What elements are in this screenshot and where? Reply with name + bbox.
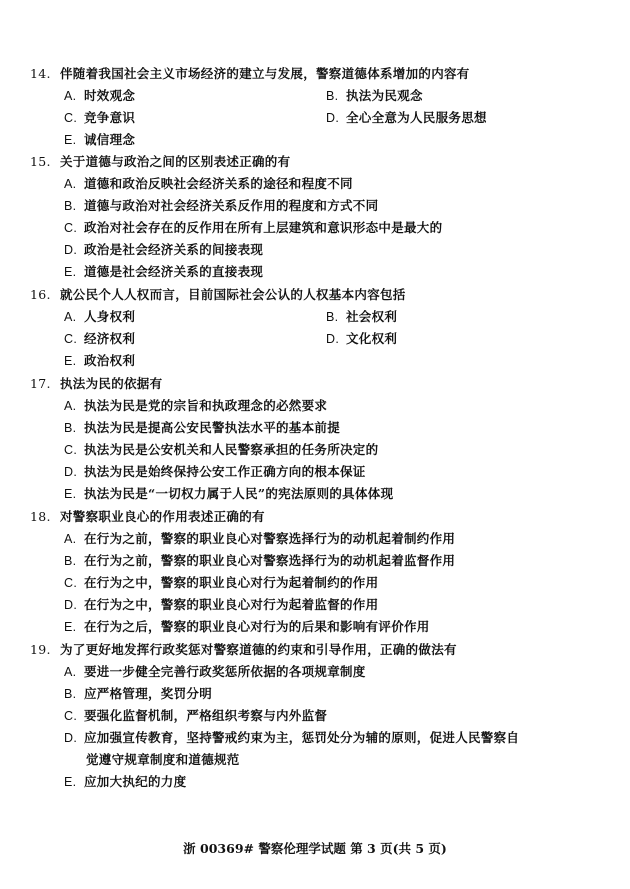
option-text: 政治权利 bbox=[84, 353, 135, 368]
option-label: D. bbox=[64, 239, 84, 261]
exam-page: 14.伴随着我国社会主义市场经济的建立与发展，警察道德体系增加的内容有 A.时效… bbox=[0, 0, 630, 889]
option-text: 要进一步健全完善行政奖惩所依据的各项规章制度 bbox=[84, 664, 366, 679]
page-footer: 浙 00369# 警察伦理学试题 第 3 页(共 5 页) bbox=[0, 838, 630, 860]
option-text: 执法为民是“一切权力属于人民”的宪法原则的具体体现 bbox=[84, 486, 393, 501]
option-text: 执法为民是公安机关和人民警察承担的任务所决定的 bbox=[84, 442, 378, 457]
option-text: 在行为之中，警察的职业良心对行为起着制约的作用 bbox=[84, 575, 378, 590]
option-text: 执法为民是提高公安民警执法水平的基本前提 bbox=[84, 420, 340, 435]
question-number: 17. bbox=[30, 373, 60, 395]
question-17-stem: 17.执法为民的依据有 bbox=[30, 373, 162, 395]
question-15-stem: 15.关于道德与政治之间的区别表述正确的有 bbox=[30, 151, 290, 173]
option-text: 应加强宣传教育，坚持警戒约束为主，惩罚处分为辅的原则，促进人民警察自 bbox=[84, 730, 519, 745]
option-text: 执法为民观念 bbox=[346, 88, 423, 103]
question-19-option-b: B.应严格管理，奖罚分明 bbox=[64, 683, 212, 705]
option-text: 社会权利 bbox=[346, 309, 397, 324]
question-15-option-e: E.道德是社会经济关系的直接表现 bbox=[64, 261, 263, 283]
option-label: E. bbox=[64, 261, 84, 283]
option-label: A. bbox=[64, 395, 84, 417]
option-label: B. bbox=[64, 195, 84, 217]
option-label: D. bbox=[326, 328, 346, 350]
option-text: 在行为之前，警察的职业良心对警察选择行为的动机起着制约作用 bbox=[84, 531, 455, 546]
option-text: 在行为之后，警察的职业良心对行为的后果和影响有评价作用 bbox=[84, 619, 430, 634]
option-label: D. bbox=[64, 727, 84, 749]
option-text: 道德是社会经济关系的直接表现 bbox=[84, 264, 263, 279]
option-text: 在行为之中，警察的职业良心对行为起着监督的作用 bbox=[84, 597, 378, 612]
option-text: 应加大执纪的力度 bbox=[84, 774, 186, 789]
option-label: C. bbox=[64, 572, 84, 594]
option-label: A. bbox=[64, 173, 84, 195]
question-text: 执法为民的依据有 bbox=[60, 376, 162, 391]
option-label: E. bbox=[64, 483, 84, 505]
option-label: C. bbox=[64, 217, 84, 239]
option-text: 竞争意识 bbox=[84, 110, 135, 125]
question-18-stem: 18.对警察职业良心的作用表述正确的有 bbox=[30, 506, 265, 528]
question-19-stem: 19.为了更好地发挥行政奖惩对警察道德的约束和引导作用，正确的做法有 bbox=[30, 639, 457, 661]
option-text: 文化权利 bbox=[346, 331, 397, 346]
option-text: 执法为民是始终保持公安工作正确方向的根本保证 bbox=[84, 464, 366, 479]
option-label: D. bbox=[64, 594, 84, 616]
question-number: 18. bbox=[30, 506, 60, 528]
option-label: B. bbox=[326, 85, 346, 107]
question-15-option-a: A.道德和政治反映社会经济关系的途径和程度不同 bbox=[64, 173, 353, 195]
option-text: 经济权利 bbox=[84, 331, 135, 346]
question-16-option-e: E.政治权利 bbox=[64, 350, 135, 372]
question-19-option-d: D.应加强宣传教育，坚持警戒约束为主，惩罚处分为辅的原则，促进人民警察自 bbox=[64, 727, 519, 749]
question-14-option-d: D.全心全意为人民服务思想 bbox=[326, 107, 487, 129]
question-14-option-c: C.竞争意识 bbox=[64, 107, 135, 129]
question-18-option-d: D.在行为之中，警察的职业良心对行为起着监督的作用 bbox=[64, 594, 378, 616]
option-label: B. bbox=[326, 306, 346, 328]
option-label: B. bbox=[64, 550, 84, 572]
option-label: C. bbox=[64, 107, 84, 129]
option-text: 在行为之前，警察的职业良心对警察选择行为的动机起着监督作用 bbox=[84, 553, 455, 568]
option-label: C. bbox=[64, 328, 84, 350]
question-14-option-b: B.执法为民观念 bbox=[326, 85, 423, 107]
question-text: 就公民个人人权而言，目前国际社会公认的人权基本内容包括 bbox=[60, 287, 406, 302]
question-15-option-d: D.政治是社会经济关系的间接表现 bbox=[64, 239, 263, 261]
option-label: C. bbox=[64, 705, 84, 727]
question-number: 19. bbox=[30, 639, 60, 661]
question-17-option-c: C.执法为民是公安机关和人民警察承担的任务所决定的 bbox=[64, 439, 378, 461]
question-14-option-e: E.诚信理念 bbox=[64, 129, 135, 151]
question-14-stem: 14.伴随着我国社会主义市场经济的建立与发展，警察道德体系增加的内容有 bbox=[30, 63, 470, 85]
option-label: D. bbox=[326, 107, 346, 129]
question-14-option-a: A.时效观念 bbox=[64, 85, 135, 107]
question-16-option-b: B.社会权利 bbox=[326, 306, 397, 328]
option-label: C. bbox=[64, 439, 84, 461]
question-16-stem: 16.就公民个人人权而言，目前国际社会公认的人权基本内容包括 bbox=[30, 284, 406, 306]
option-label: E. bbox=[64, 616, 84, 638]
question-17-option-b: B.执法为民是提高公安民警执法水平的基本前提 bbox=[64, 417, 340, 439]
option-label: B. bbox=[64, 417, 84, 439]
question-number: 16. bbox=[30, 284, 60, 306]
option-label: E. bbox=[64, 129, 84, 151]
option-text: 道德和政治反映社会经济关系的途径和程度不同 bbox=[84, 176, 353, 191]
option-text: 道德与政治对社会经济关系反作用的程度和方式不同 bbox=[84, 198, 378, 213]
question-19-option-d-continuation: 觉遵守规章制度和道德规范 bbox=[86, 749, 240, 771]
option-label: A. bbox=[64, 306, 84, 328]
question-19-option-e: E.应加大执纪的力度 bbox=[64, 771, 186, 793]
question-18-option-c: C.在行为之中，警察的职业良心对行为起着制约的作用 bbox=[64, 572, 378, 594]
question-text: 伴随着我国社会主义市场经济的建立与发展，警察道德体系增加的内容有 bbox=[60, 66, 470, 81]
option-text: 政治是社会经济关系的间接表现 bbox=[84, 242, 263, 257]
question-text: 为了更好地发挥行政奖惩对警察道德的约束和引导作用，正确的做法有 bbox=[60, 642, 457, 657]
option-text: 要强化监督机制，严格组织考察与内外监督 bbox=[84, 708, 327, 723]
option-label: E. bbox=[64, 350, 84, 372]
question-number: 15. bbox=[30, 151, 60, 173]
option-label: E. bbox=[64, 771, 84, 793]
question-17-option-e: E.执法为民是“一切权力属于人民”的宪法原则的具体体现 bbox=[64, 483, 393, 505]
question-16-option-a: A.人身权利 bbox=[64, 306, 135, 328]
question-text: 关于道德与政治之间的区别表述正确的有 bbox=[60, 154, 290, 169]
option-text: 全心全意为人民服务思想 bbox=[346, 110, 487, 125]
option-label: D. bbox=[64, 461, 84, 483]
question-18-option-b: B.在行为之前，警察的职业良心对警察选择行为的动机起着监督作用 bbox=[64, 550, 455, 572]
question-19-option-c: C.要强化监督机制，严格组织考察与内外监督 bbox=[64, 705, 327, 727]
option-text: 政治对社会存在的反作用在所有上层建筑和意识形态中是最大的 bbox=[84, 220, 442, 235]
option-label: A. bbox=[64, 661, 84, 683]
option-label: B. bbox=[64, 683, 84, 705]
option-text: 应严格管理，奖罚分明 bbox=[84, 686, 212, 701]
question-number: 14. bbox=[30, 63, 60, 85]
option-label: A. bbox=[64, 85, 84, 107]
option-text: 人身权利 bbox=[84, 309, 135, 324]
question-text: 对警察职业良心的作用表述正确的有 bbox=[60, 509, 265, 524]
question-16-option-d: D.文化权利 bbox=[326, 328, 397, 350]
question-18-option-a: A.在行为之前，警察的职业良心对警察选择行为的动机起着制约作用 bbox=[64, 528, 455, 550]
question-17-option-d: D.执法为民是始终保持公安工作正确方向的根本保证 bbox=[64, 461, 366, 483]
question-15-option-b: B.道德与政治对社会经济关系反作用的程度和方式不同 bbox=[64, 195, 378, 217]
question-19-option-a: A.要进一步健全完善行政奖惩所依据的各项规章制度 bbox=[64, 661, 366, 683]
option-text: 时效观念 bbox=[84, 88, 135, 103]
question-17-option-a: A.执法为民是党的宗旨和执政理念的必然要求 bbox=[64, 395, 327, 417]
option-text: 诚信理念 bbox=[84, 132, 135, 147]
question-16-option-c: C.经济权利 bbox=[64, 328, 135, 350]
question-15-option-c: C.政治对社会存在的反作用在所有上层建筑和意识形态中是最大的 bbox=[64, 217, 442, 239]
option-text: 执法为民是党的宗旨和执政理念的必然要求 bbox=[84, 398, 327, 413]
option-label: A. bbox=[64, 528, 84, 550]
question-18-option-e: E.在行为之后，警察的职业良心对行为的后果和影响有评价作用 bbox=[64, 616, 430, 638]
